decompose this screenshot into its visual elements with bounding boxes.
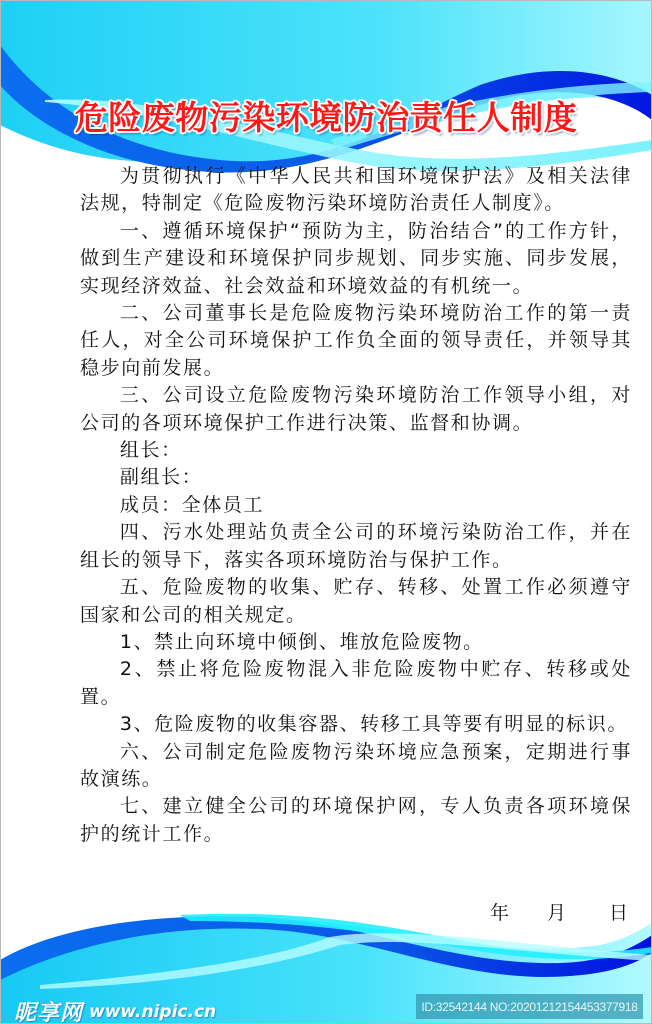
clause-1: 一、遵循环境保护“预防为主，防治结合”的工作方针，做到生产建设和环境保护同步规划… — [80, 218, 632, 300]
sub-rule-2: 2、禁止将危险废物混入非危险废物中贮存、转移或处置。 — [80, 656, 632, 711]
clause-5: 五、危险废物的收集、贮存、转移、处置工作必须遵守国家和公司的相关规定。 — [80, 574, 632, 629]
deputy-leader-line: 副组长： — [80, 464, 632, 491]
clause-7: 七、建立健全公司的环境保护网，专人负责各项环境保护的统计工作。 — [80, 793, 632, 848]
intro-paragraph: 为贯彻执行《中华人民共和国环境保护法》及相关法律法规，特制定《危险废物污染环境防… — [80, 163, 632, 218]
clause-3: 三、公司设立危险废物污染环境防治工作领导小组，对公司的各项环境保护工作进行决策、… — [80, 382, 632, 437]
watermark-site-name: 昵享网 — [14, 996, 83, 1024]
month-label: 月 — [547, 898, 609, 925]
watermark-url: www.nipic.cn — [89, 1002, 216, 1022]
date-line: 年 月 日 — [490, 898, 628, 925]
sub-rule-1: 1、禁止向环境中倾倒、堆放危险废物。 — [80, 629, 632, 656]
members-line: 成员：全体员工 — [80, 492, 632, 519]
team-leader-line: 组长： — [80, 437, 632, 464]
clause-2: 二、公司董事长是危险废物污染环境防治工作的第一责任人，对全公司环境保护工作负全面… — [80, 300, 632, 382]
regulation-body: 为贯彻执行《中华人民共和国环境保护法》及相关法律法规，特制定《危险废物污染环境防… — [80, 163, 632, 848]
day-label: 日 — [609, 898, 628, 925]
image-id-badge: ID:32542144 NO:20201212154453377918 — [416, 994, 643, 1019]
clause-4: 四、污水处理站负责全公司的环境污染防治工作，并在组长的领导下，落实各项环境防治与… — [80, 519, 632, 574]
year-label: 年 — [490, 898, 547, 925]
site-watermark: 昵享网 www.nipic.cn — [14, 996, 216, 1024]
sub-rule-3: 3、危险废物的收集容器、转移工具等要有明显的标识。 — [80, 711, 632, 738]
poster-title: 危险废物污染环境防治责任人制度 — [0, 92, 652, 139]
clause-6: 六、公司制定危险废物污染环境应急预案，定期进行事故演练。 — [80, 739, 632, 794]
